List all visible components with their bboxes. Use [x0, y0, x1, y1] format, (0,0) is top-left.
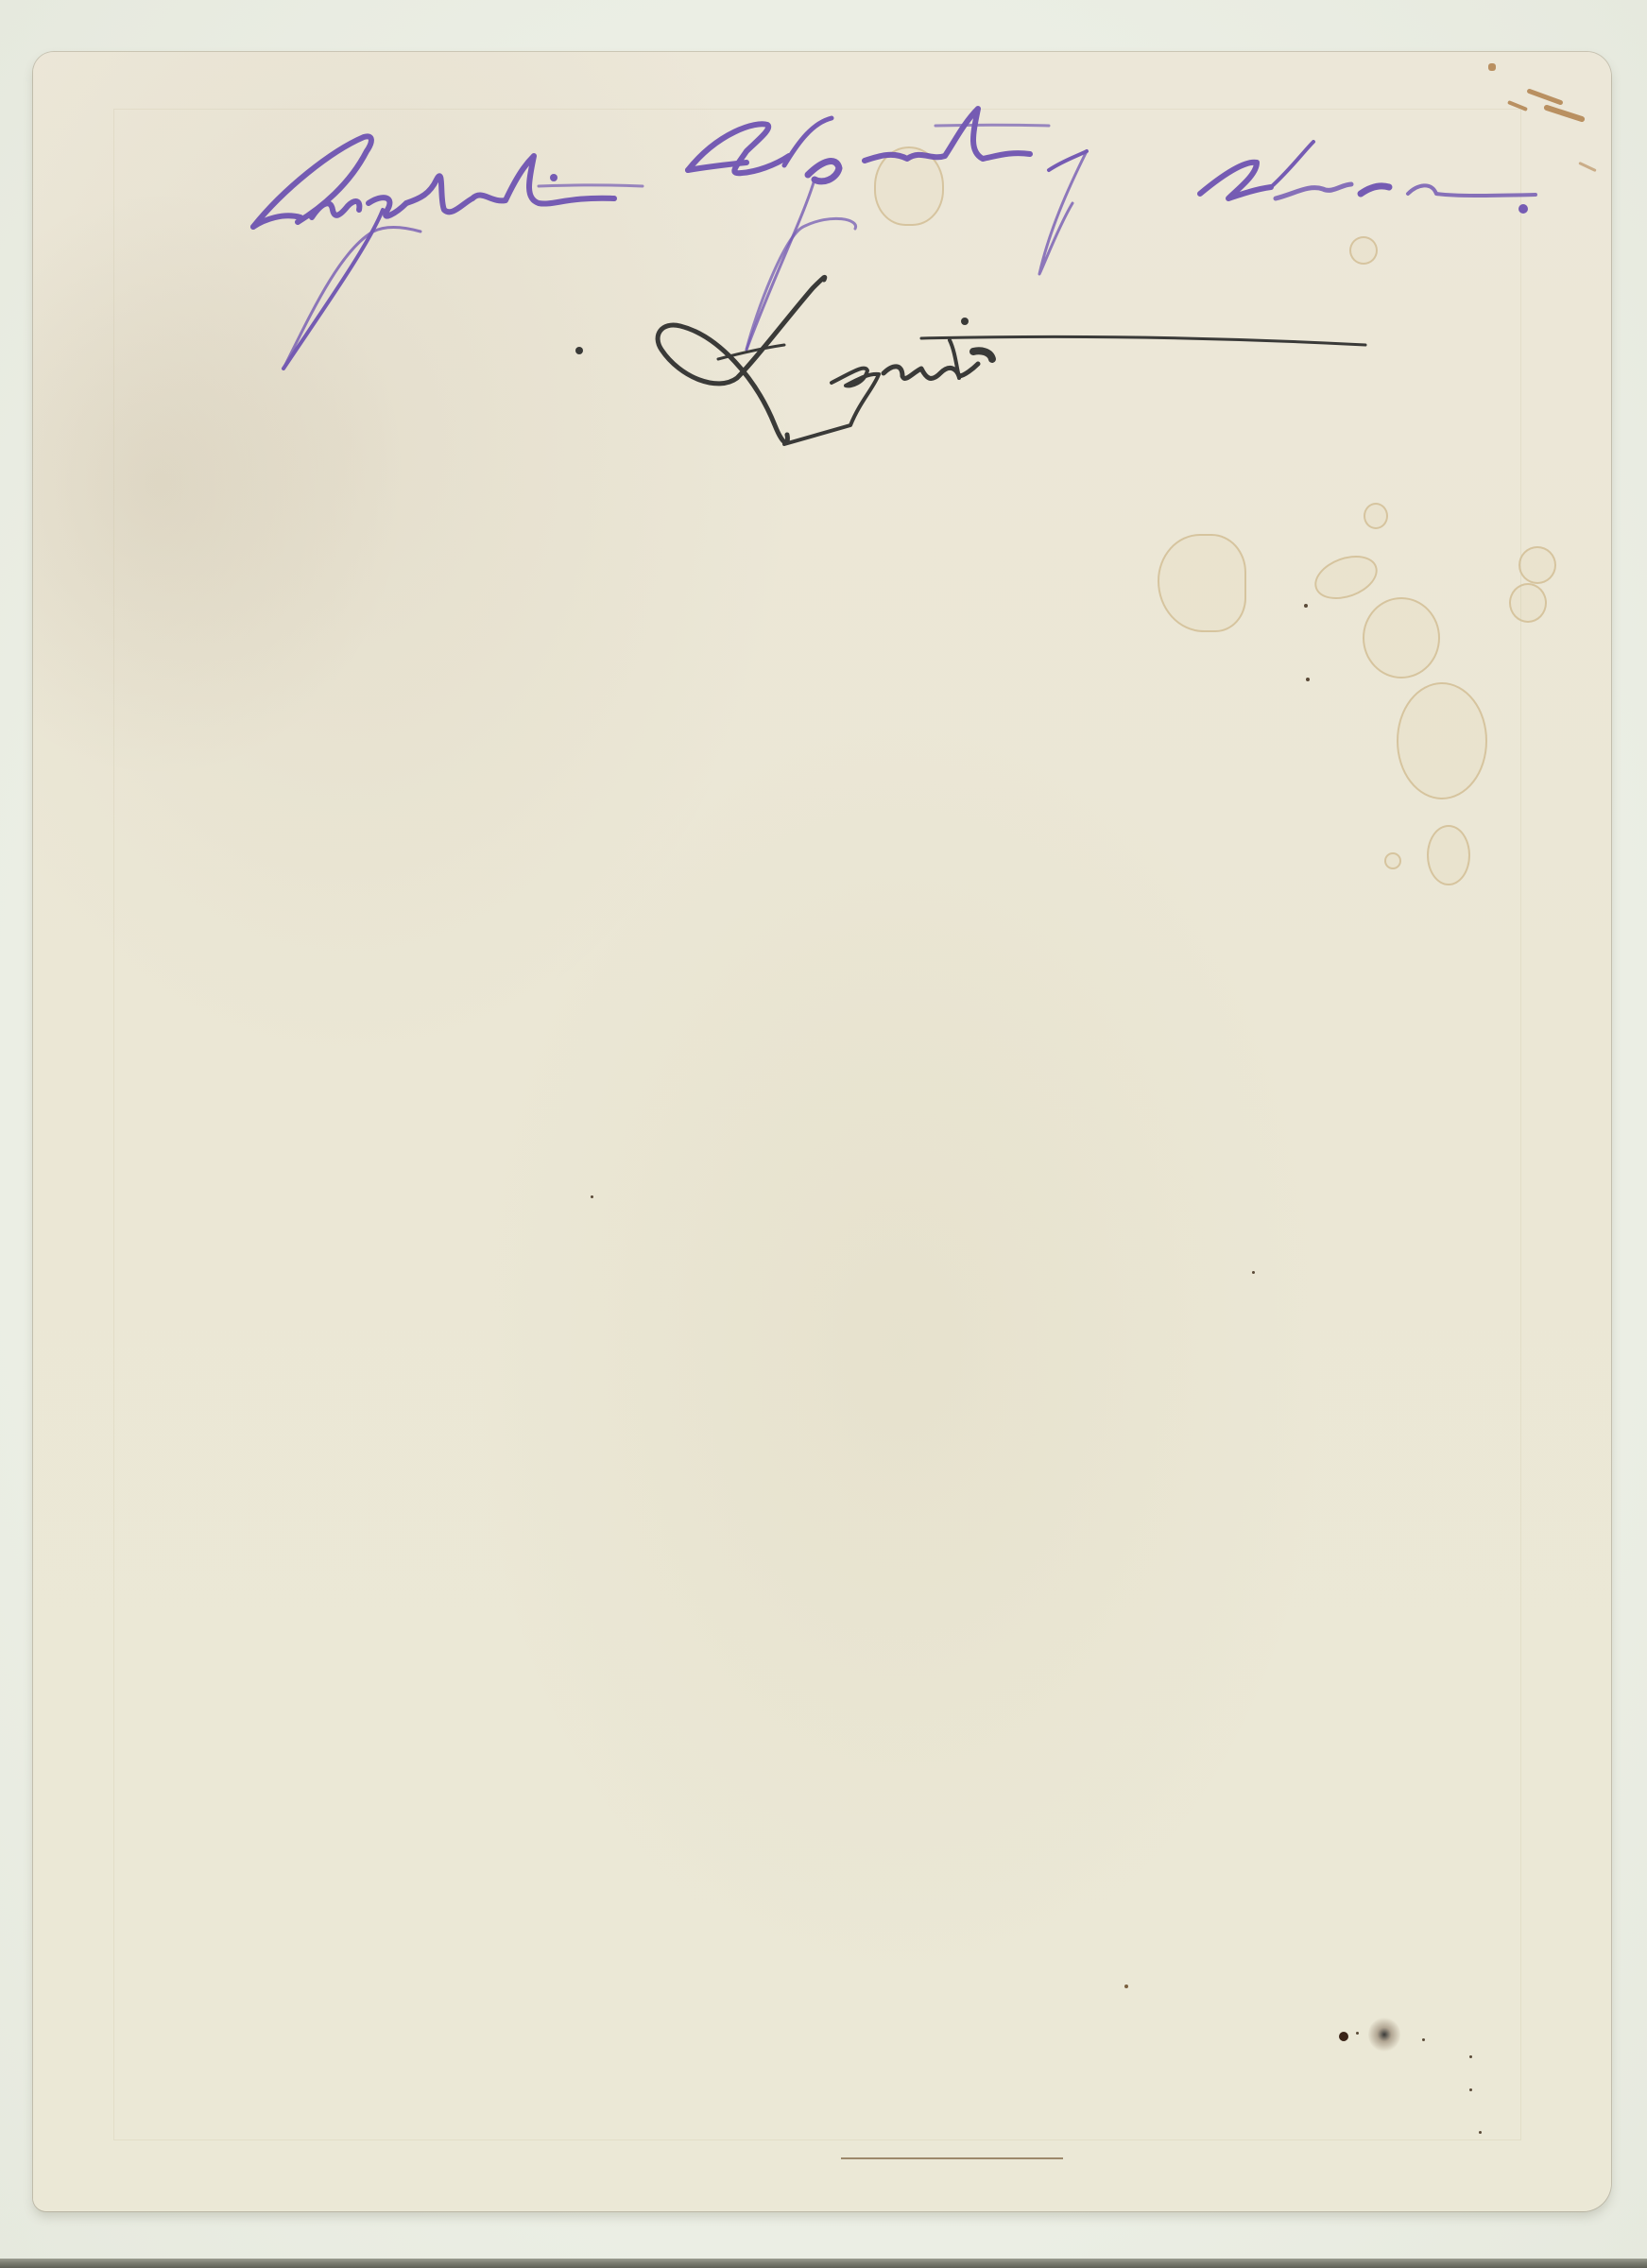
- speck: [1252, 1271, 1255, 1274]
- speck: [1124, 1984, 1128, 1988]
- water-stain: [1397, 682, 1487, 799]
- water-stain: [1427, 825, 1470, 885]
- water-stain: [1309, 547, 1383, 607]
- speck: [1469, 2088, 1472, 2091]
- speck: [578, 350, 582, 353]
- speck: [1422, 2038, 1425, 2041]
- water-stain: [1509, 583, 1547, 623]
- speck: [1356, 2032, 1359, 2035]
- photo-mount-card: [33, 52, 1611, 2211]
- puncture-mark: [1339, 2032, 1348, 2041]
- speck: [1306, 678, 1310, 681]
- water-stain: [1384, 852, 1401, 869]
- speck: [591, 1195, 593, 1198]
- scratch-line: [841, 2157, 1063, 2159]
- speck: [1469, 2055, 1472, 2058]
- speck: [1304, 604, 1308, 608]
- water-stain: [1364, 503, 1388, 529]
- puncture-mark: [1368, 2018, 1400, 2052]
- scanner-edge-bar: [0, 2259, 1647, 2268]
- speck: [1479, 2131, 1482, 2134]
- rust-mark: [1507, 100, 1528, 112]
- rust-mark: [1526, 88, 1563, 105]
- water-stain: [1349, 236, 1378, 265]
- water-stain: [874, 146, 944, 226]
- water-stain: [1363, 597, 1440, 679]
- rust-mark: [1578, 162, 1596, 172]
- rust-mark: [1543, 104, 1586, 123]
- rust-mark: [1488, 63, 1496, 71]
- water-stain: [1518, 546, 1556, 584]
- water-stain: [1158, 534, 1246, 632]
